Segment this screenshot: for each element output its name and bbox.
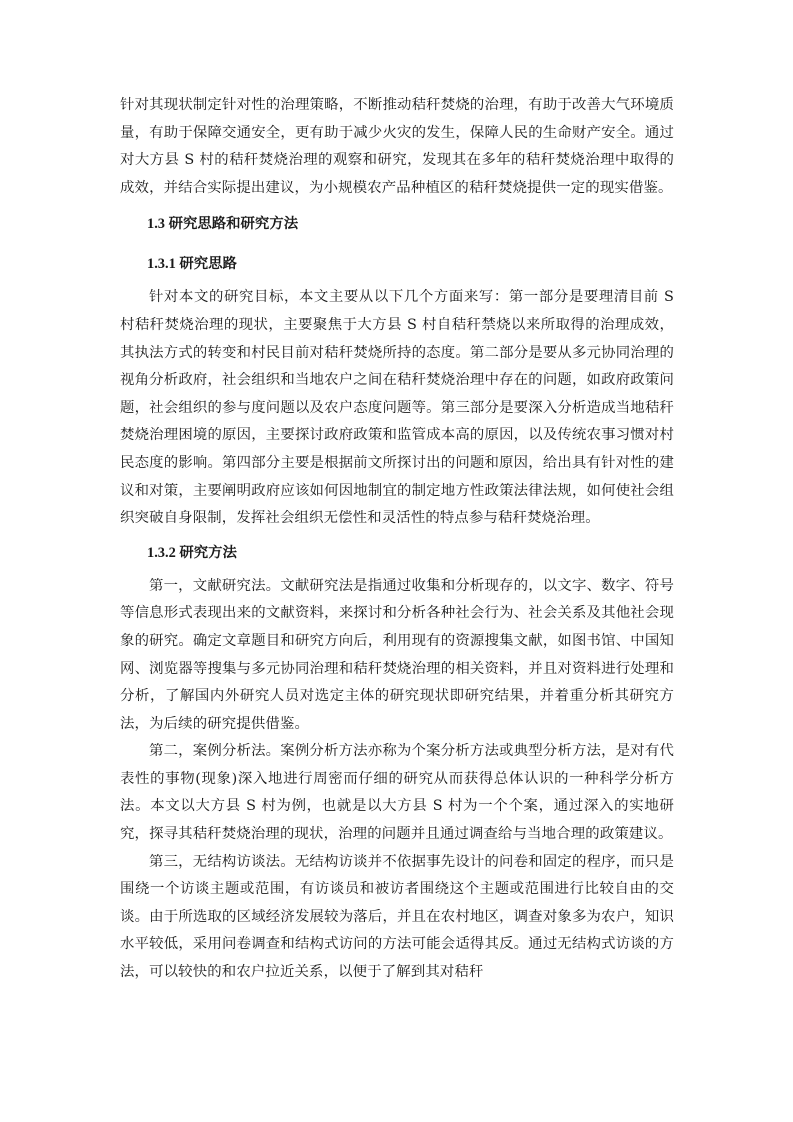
document-page: 针对其现状制定针对性的治理策略，不断推动秸秆焚烧的治理，有助于改善大气环境质量，… <box>120 92 674 987</box>
body-paragraph-continued: 针对其现状制定针对性的治理策略，不断推动秸秆焚烧的治理，有助于改善大气环境质量，… <box>120 92 674 202</box>
method-unstructured-interview-paragraph: 第三，无结构访谈法。无结构访谈并不依据事先设计的问卷和固定的程序，而只是围绕一个… <box>120 849 674 987</box>
method-case-study-paragraph: 第二，案例分析法。案例分析方法亦称为个案分析方法或典型分析方法，是对有代表性的事… <box>120 738 674 848</box>
subsection-heading-1-3-2: 1.3.2 研究方法 <box>120 543 674 567</box>
subsection-heading-1-3-1: 1.3.1 研究思路 <box>120 254 674 278</box>
research-approach-paragraph: 针对本文的研究目标，本文主要从以下几个方面来写：第一部分是要理清目前 S 村秸秆… <box>120 284 674 532</box>
method-literature-paragraph: 第一，文献研究法。文献研究法是指通过收集和分析现存的，以文字、数字、符号等信息形… <box>120 573 674 739</box>
section-heading-1-3: 1.3 研究思路和研究方法 <box>120 214 674 242</box>
